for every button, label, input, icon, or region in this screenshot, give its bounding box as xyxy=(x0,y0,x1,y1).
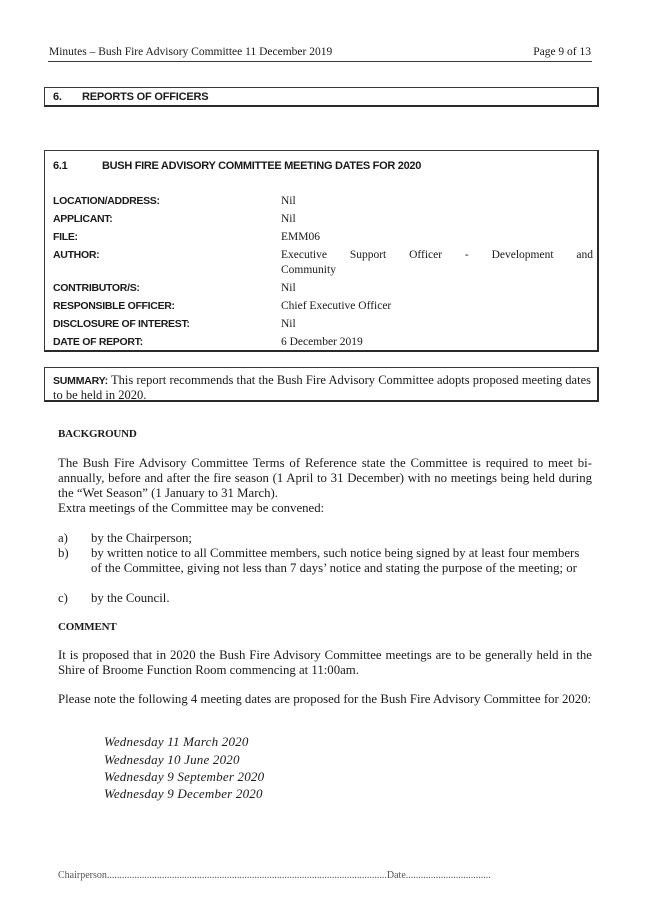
section-title: REPORTS OF OFFICERS xyxy=(82,91,208,103)
background-heading: BACKGROUND xyxy=(58,428,137,440)
summary-label: SUMMARY: xyxy=(53,375,108,387)
meeting-date: Wednesday 11 March 2020 xyxy=(104,733,249,750)
meeting-date: Wednesday 9 September 2020 xyxy=(104,768,264,785)
chairperson-signature-line: ........................................… xyxy=(107,870,387,881)
summary-text: SUMMARY: This report recommends that the… xyxy=(53,373,591,402)
item-number: 6.1 xyxy=(53,160,67,172)
summary-body: This report recommends that the Bush Fir… xyxy=(53,373,591,402)
comment-paragraph-2: Please note the following 4 meeting date… xyxy=(58,692,592,707)
comment-heading: COMMENT xyxy=(58,621,116,633)
meeting-date: Wednesday 10 June 2020 xyxy=(104,751,240,768)
item-title: BUSH FIRE ADVISORY COMMITTEE MEETING DAT… xyxy=(102,160,421,172)
page-header: Minutes – Bush Fire Advisory Committee 1… xyxy=(48,44,592,62)
date-signature-line: .................................. xyxy=(406,870,491,881)
page-number: Page 9 of 13 xyxy=(533,45,591,59)
signature-footer: Chairperson.............................… xyxy=(58,870,568,881)
section-number: 6. xyxy=(53,91,62,103)
comment-paragraph-1: It is proposed that in 2020 the Bush Fir… xyxy=(58,648,592,678)
background-paragraph: The Bush Fire Advisory Committee Terms o… xyxy=(58,456,592,501)
meeting-date: Wednesday 9 December 2020 xyxy=(104,785,263,802)
document-title: Minutes – Bush Fire Advisory Committee 1… xyxy=(49,45,332,59)
date-label: Date xyxy=(387,870,406,881)
summary-box: SUMMARY: This report recommends that the… xyxy=(44,367,599,402)
background-extra: Extra meetings of the Committee may be c… xyxy=(58,501,592,516)
section-heading-box: 6. REPORTS OF OFFICERS xyxy=(44,87,599,107)
report-details-box: 6.1 BUSH FIRE ADVISORY COMMITTEE MEETING… xyxy=(44,150,599,352)
chairperson-label: Chairperson xyxy=(58,870,107,881)
